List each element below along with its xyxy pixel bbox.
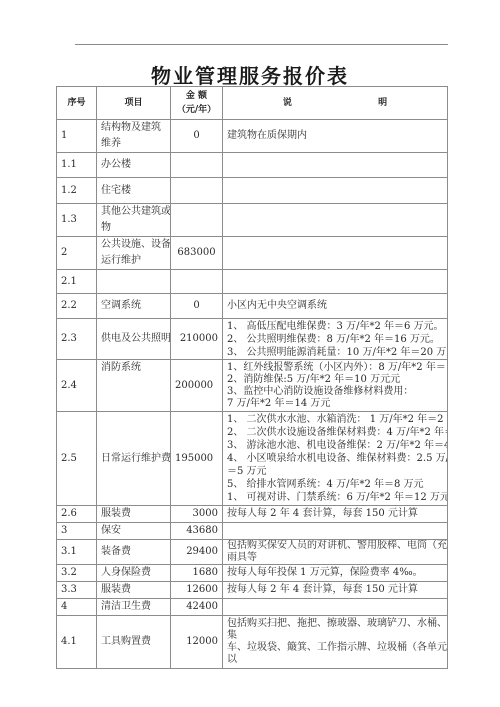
header-explanation-a: 说 <box>283 95 292 111</box>
description-line: 3、 公共照明能源消耗量：10 万/年*2 年＝20 万元 <box>227 346 443 359</box>
item-line: 物 <box>101 220 166 236</box>
table-row: 2.5日常运行维护费用1950001、 二次供水水池、水箱消洗： 1 万/年*2… <box>57 412 448 506</box>
item-line: 其他公共建筑或构 <box>101 204 166 220</box>
item-line: 供电及公共照明系 <box>101 331 166 347</box>
item-line: 公共设施、设备 <box>101 237 166 253</box>
cell-seq: 1.1 <box>57 153 97 178</box>
table-row: 3.2人身保险费1680按每人每年投保 1 万元算，保险费率 4‰。 <box>57 565 448 582</box>
cell-description <box>223 153 448 178</box>
item-line: 住宅楼 <box>101 183 166 199</box>
cell-amount <box>171 270 223 294</box>
cell-description: 按每人每年投保 1 万元算，保险费率 4‰。 <box>223 565 448 582</box>
cell-description: 按每人每 2 年 4 套计算，每套 150 元计算 <box>223 506 448 523</box>
table-row: 1.2住宅楼 <box>57 178 448 204</box>
cell-seq: 2.5 <box>57 412 97 506</box>
cell-seq: 3.2 <box>57 565 97 582</box>
table-row: 1.1办公楼 <box>57 153 448 178</box>
cell-item: 空调系统 <box>97 294 171 319</box>
cell-description: 包括购买保安人员的对讲机、警用胶棒、电筒（充电式）、雨具等 <box>223 540 448 565</box>
header-amount-unit: （元/年） <box>175 103 218 117</box>
item-line: 空调系统 <box>101 298 166 314</box>
cell-seq: 2.2 <box>57 294 97 319</box>
cell-item: 其他公共建筑或构物 <box>97 204 171 237</box>
description-line: 2、消防维保:5 万/年*2 年＝10 万元元 <box>227 374 443 386</box>
description-line: 1、 二次供水水池、水箱消洗： 1 万/年*2 年＝2 万元 <box>227 413 443 426</box>
cell-seq: 1.3 <box>57 204 97 237</box>
table-row: 2.3供电及公共照明系2100001、 高低压配电维保费：3 万/年*2 年＝6… <box>57 319 448 360</box>
description-line: 1、红外线报警系统（小区内外）：8 万/年*2 年＝16 万元 <box>227 362 443 374</box>
item-line: 工具购置费 <box>101 634 166 650</box>
table-body: 1结构物及建筑维养0建筑物在质保期内1.1办公楼1.2住宅楼1.3其他公共建筑或… <box>57 120 448 669</box>
table-row: 1.3其他公共建筑或构物 <box>57 204 448 237</box>
table-row: 4清洁卫生费42400 <box>57 599 448 616</box>
description-line: 按每人每 2 年 4 套计算，每套 150 元计算 <box>227 506 443 522</box>
cell-seq: 2 <box>57 237 97 270</box>
item-line: 运行维护 <box>101 253 166 269</box>
quotation-table: 序号 项目 金 额 （元/年） 说 明 1结构物及建筑维养0建筑物在质保期内1.… <box>56 86 448 669</box>
cell-amount: 12600 <box>171 582 223 599</box>
description-line: ＝5 万元 <box>227 465 443 478</box>
cell-seq: 3 <box>57 523 97 540</box>
cell-seq: 3.3 <box>57 582 97 599</box>
cell-description: 包括购买扫把、拖把、擦玻器、玻璃铲刀、水桶、垃圾集车、垃圾袋、簸箕、工作指示牌、… <box>223 616 448 669</box>
header-rule <box>75 44 448 45</box>
header-seq: 序号 <box>57 87 97 120</box>
description-line: 3、监控中心消防设施设备维修材料费用： <box>227 386 443 398</box>
table-row: 3保安43680 <box>57 523 448 540</box>
cell-amount: 29400 <box>171 540 223 565</box>
item-line: 人身保险费 <box>101 565 166 581</box>
cell-seq: 4 <box>57 599 97 616</box>
cell-item: 保安 <box>97 523 171 540</box>
table-row: 3.1装备费29400包括购买保安人员的对讲机、警用胶棒、电筒（充电式）、雨具等 <box>57 540 448 565</box>
description-line: 4、 小区喷泉给水机电设备、维保材料费：2.5 万/年*2 <box>227 452 443 465</box>
table-row: 2.1 <box>57 270 448 294</box>
item-line: 维养 <box>101 136 166 152</box>
description-line: 7 万/年*2 年＝14 万元 <box>227 398 443 410</box>
item-line: 保安 <box>101 523 166 539</box>
table-row: 4.1工具购置费12000包括购买扫把、拖把、擦玻器、玻璃铲刀、水桶、垃圾集车、… <box>57 616 448 669</box>
item-line: 结构物及建筑 <box>101 120 166 136</box>
description-line: 集 <box>227 630 443 642</box>
item-line: 办公楼 <box>101 157 166 173</box>
cell-item: 日常运行维护费用 <box>97 412 171 506</box>
cell-item: 装备费 <box>97 540 171 565</box>
cell-description: 小区内无中央空调系统 <box>223 294 448 319</box>
description-line: 2、 公共照明维保费：8 万/年*2 年＝16 万元。 <box>227 333 443 346</box>
cell-item: 办公楼 <box>97 153 171 178</box>
cell-item: 消防系统 <box>97 360 171 412</box>
header-item: 项目 <box>97 87 171 120</box>
description-line: 雨具等 <box>227 552 443 564</box>
cell-amount: 210000 <box>171 319 223 360</box>
table-row: 3.3服装费12600按每人每 2 年 4 套计算，每套 150 元计算 <box>57 582 448 599</box>
cell-item: 服装费 <box>97 506 171 523</box>
cell-seq: 2.3 <box>57 319 97 360</box>
description-line: 按每人每 2 年 4 套计算，每套 150 元计算 <box>227 582 443 598</box>
table-row: 1结构物及建筑维养0建筑物在质保期内 <box>57 120 448 153</box>
cell-amount <box>171 204 223 237</box>
header-amount-label: 金 额 <box>175 89 218 103</box>
description-line: 2、 二次供水设施设备维保材料费：4 万/年*2 年＝8 万元 <box>227 426 443 439</box>
cell-amount: 1680 <box>171 565 223 582</box>
cell-amount: 0 <box>171 120 223 153</box>
cell-description <box>223 204 448 237</box>
table-row: 2.2空调系统0小区内无中央空调系统 <box>57 294 448 319</box>
cell-amount: 195000 <box>171 412 223 506</box>
table-row: 2.4消防系统2000001、红外线报警系统（小区内外）：8 万/年*2 年＝1… <box>57 360 448 412</box>
cell-description <box>223 178 448 204</box>
description-line: 1、 可视对讲、门禁系统：6 万/年*2 年＝12 万元 <box>227 491 443 504</box>
cell-seq: 1 <box>57 120 97 153</box>
description-line: 以 <box>227 654 443 666</box>
cell-item: 住宅楼 <box>97 178 171 204</box>
document-title: 物业管理服务报价表 <box>0 60 500 89</box>
cell-description <box>223 523 448 540</box>
description-line: 3、 游泳池水池、机电设备维保：2 万/年*2 年＝4 万元 <box>227 439 443 452</box>
cell-seq: 3.1 <box>57 540 97 565</box>
table-header-row: 序号 项目 金 额 （元/年） 说 明 <box>57 87 448 120</box>
cell-amount <box>171 153 223 178</box>
cell-amount: 0 <box>171 294 223 319</box>
description-line: 5、 给排水管网系统：4 万/年*2 年＝8 万元 <box>227 478 443 491</box>
cell-item: 工具购置费 <box>97 616 171 669</box>
cell-description: 建筑物在质保期内 <box>223 120 448 153</box>
cell-description: 1、 高低压配电维保费：3 万/年*2 年＝6 万元。2、 公共照明维保费：8 … <box>223 319 448 360</box>
cell-seq: 1.2 <box>57 178 97 204</box>
cell-seq: 2.6 <box>57 506 97 523</box>
description-line: 包括购买保安人员的对讲机、警用胶棒、电筒（充电式）、 <box>227 540 443 552</box>
cell-seq: 4.1 <box>57 616 97 669</box>
item-line: 日常运行维护费用 <box>101 451 166 467</box>
table-row: 2.6服装费3000按每人每 2 年 4 套计算，每套 150 元计算 <box>57 506 448 523</box>
description-line: 小区内无中央空调系统 <box>227 298 443 314</box>
cell-item: 人身保险费 <box>97 565 171 582</box>
cell-amount: 3000 <box>171 506 223 523</box>
cell-item: 供电及公共照明系 <box>97 319 171 360</box>
cell-seq: 2.4 <box>57 360 97 412</box>
header-explanation: 说 明 <box>223 87 448 120</box>
description-line: 按每人每年投保 1 万元算，保险费率 4‰。 <box>227 565 443 581</box>
item-line: 消防系统 <box>101 360 166 376</box>
cell-amount <box>171 178 223 204</box>
cell-item: 服装费 <box>97 582 171 599</box>
cell-seq: 2.1 <box>57 270 97 294</box>
cell-amount: 12000 <box>171 616 223 669</box>
cell-amount: 683000 <box>171 237 223 270</box>
cell-amount: 43680 <box>171 523 223 540</box>
cell-item <box>97 270 171 294</box>
description-line: 车、垃圾袋、簸箕、工作指示牌、垃圾桶（各单元口用 <box>227 642 443 654</box>
table-row: 2公共设施、设备运行维护683000 <box>57 237 448 270</box>
cell-description: 1、 二次供水水池、水箱消洗： 1 万/年*2 年＝2 万元2、 二次供水设施设… <box>223 412 448 506</box>
cell-description: 按每人每 2 年 4 套计算，每套 150 元计算 <box>223 582 448 599</box>
item-line: 服装费 <box>101 506 166 522</box>
description-line: 1、 高低压配电维保费：3 万/年*2 年＝6 万元。 <box>227 320 443 333</box>
cell-item: 结构物及建筑维养 <box>97 120 171 153</box>
cell-item: 清洁卫生费 <box>97 599 171 616</box>
item-line: 清洁卫生费 <box>101 599 166 615</box>
cell-item: 公共设施、设备运行维护 <box>97 237 171 270</box>
item-line: 服装费 <box>101 582 166 598</box>
cell-description <box>223 270 448 294</box>
description-line: 建筑物在质保期内 <box>227 128 443 144</box>
header-explanation-b: 明 <box>378 95 387 111</box>
item-line: 装备费 <box>101 544 166 560</box>
header-amount: 金 额 （元/年） <box>171 87 223 120</box>
cell-description <box>223 237 448 270</box>
cell-description <box>223 599 448 616</box>
cell-amount: 200000 <box>171 360 223 412</box>
cell-description: 1、红外线报警系统（小区内外）：8 万/年*2 年＝16 万元2、消防维保:5 … <box>223 360 448 412</box>
cell-amount: 42400 <box>171 599 223 616</box>
description-line: 包括购买扫把、拖把、擦玻器、玻璃铲刀、水桶、垃圾 <box>227 618 443 630</box>
